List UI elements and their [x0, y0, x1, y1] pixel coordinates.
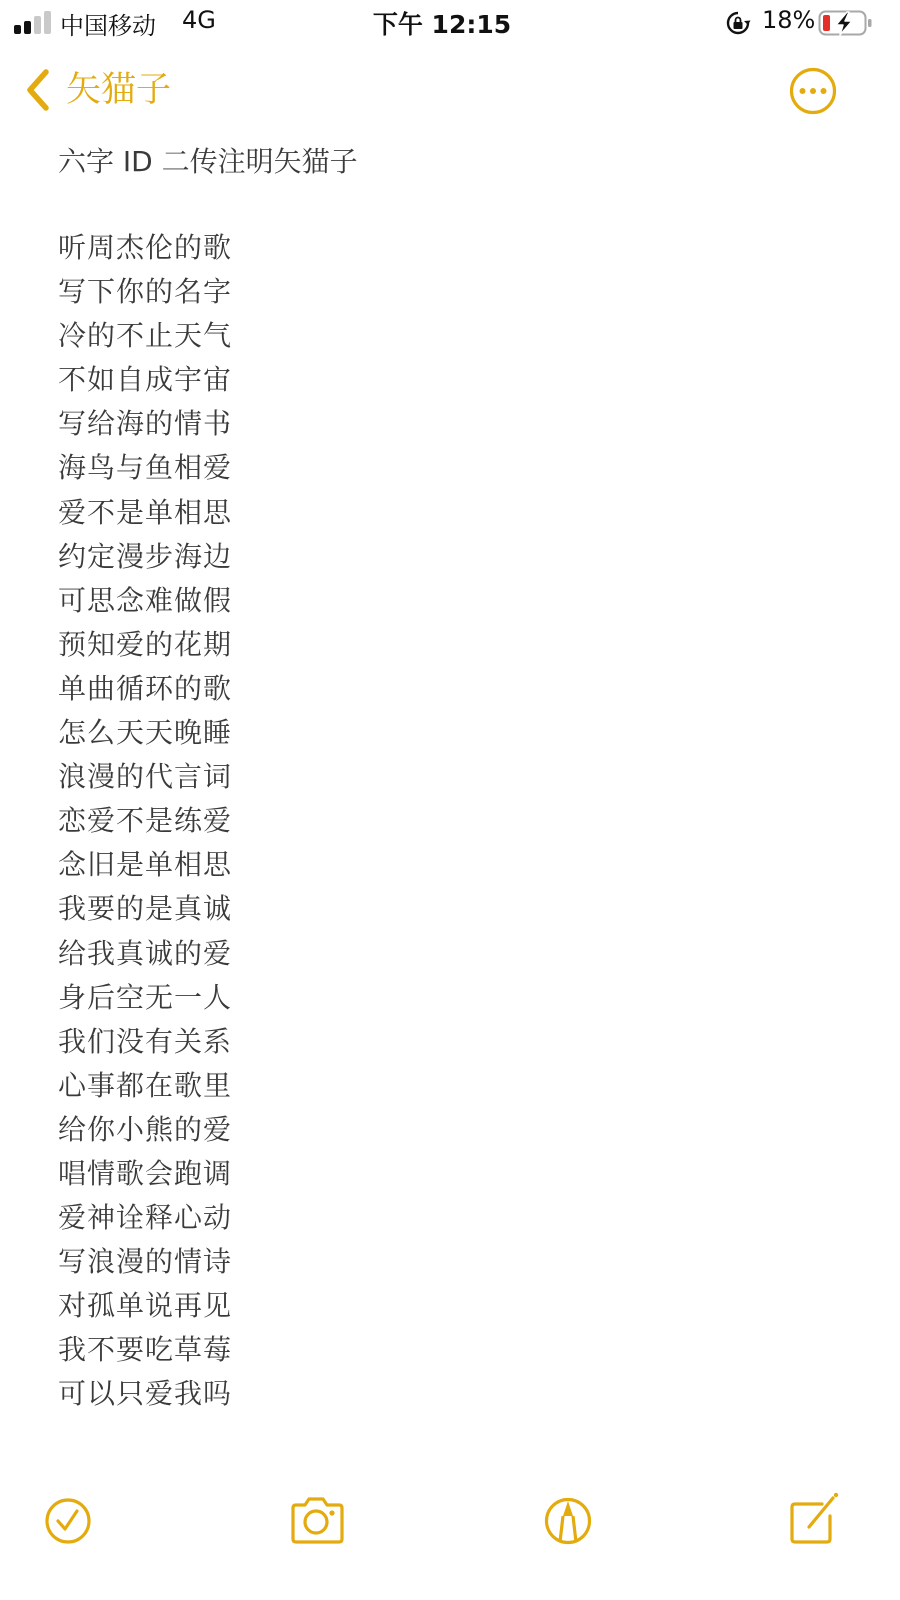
- note-line[interactable]: 我不要吃草莓: [58, 1328, 838, 1372]
- note-line[interactable]: 给我真诚的爱: [58, 932, 838, 976]
- checklist-button[interactable]: [38, 1490, 98, 1550]
- checklist-icon: [38, 1490, 98, 1550]
- note-line[interactable]: 预知爱的花期: [58, 623, 838, 667]
- back-button[interactable]: 矢猫子: [22, 65, 171, 115]
- note-line[interactable]: 爱不是单相思: [58, 491, 838, 535]
- note-line[interactable]: 不如自成宇宙: [58, 358, 838, 402]
- note-lines: 听周杰伦的歌 写下你的名字 冷的不止天气 不如自成宇宙 写给海的情书 海鸟与鱼相…: [58, 226, 838, 1417]
- note-line[interactable]: 单曲循环的歌: [58, 667, 838, 711]
- compose-icon: [786, 1490, 846, 1550]
- back-label: 矢猫子: [66, 67, 171, 113]
- blank-line: [58, 186, 838, 226]
- note-line[interactable]: 约定漫步海边: [58, 535, 838, 579]
- markup-button[interactable]: [538, 1490, 598, 1550]
- status-bar: 中国移动 4G 下午 12:15 18%: [0, 0, 900, 46]
- note-line[interactable]: 怎么天天晚睡: [58, 711, 838, 755]
- chevron-left-icon: [22, 67, 52, 113]
- battery-percent: 18%: [762, 6, 815, 34]
- note-line[interactable]: 可以只爱我吗: [58, 1372, 838, 1416]
- rotation-lock-icon: [725, 10, 751, 36]
- note-line[interactable]: 浪漫的代言词: [58, 755, 838, 799]
- more-options-button[interactable]: [789, 67, 837, 115]
- note-line[interactable]: 冷的不止天气: [58, 314, 838, 358]
- note-line[interactable]: 给你小熊的爱: [58, 1108, 838, 1152]
- ellipsis-circle-icon: [789, 67, 837, 115]
- note-line[interactable]: 海鸟与鱼相爱: [58, 446, 838, 490]
- note-line[interactable]: 心事都在歌里: [58, 1064, 838, 1108]
- note-line[interactable]: 念旧是单相思: [58, 843, 838, 887]
- note-line[interactable]: 对孤单说再见: [58, 1284, 838, 1328]
- note-line[interactable]: 写给海的情书: [58, 402, 838, 446]
- note-line[interactable]: 写下你的名字: [58, 270, 838, 314]
- bottom-toolbar: [0, 1490, 900, 1560]
- note-line[interactable]: 我们没有关系: [58, 1020, 838, 1064]
- compose-button[interactable]: [786, 1490, 846, 1550]
- note-line[interactable]: 爱神诠释心动: [58, 1196, 838, 1240]
- notes-screen: 中国移动 4G 下午 12:15 18% 矢猫: [0, 0, 900, 1600]
- navigation-bar: 矢猫子: [0, 55, 900, 127]
- note-line[interactable]: 可思念难做假: [58, 579, 838, 623]
- note-line[interactable]: 唱情歌会跑调: [58, 1152, 838, 1196]
- battery-charging-icon: [818, 9, 874, 37]
- note-body[interactable]: 六字 ID 二传注明矢猫子 听周杰伦的歌 写下你的名字 冷的不止天气 不如自成宇…: [58, 138, 838, 1417]
- note-line[interactable]: 身后空无一人: [58, 976, 838, 1020]
- markup-pen-icon: [538, 1490, 598, 1550]
- note-title[interactable]: 六字 ID 二传注明矢猫子: [58, 138, 838, 186]
- note-line[interactable]: 写浪漫的情诗: [58, 1240, 838, 1284]
- camera-button[interactable]: [287, 1490, 347, 1550]
- camera-icon: [287, 1490, 347, 1550]
- note-line[interactable]: 我要的是真诚: [58, 887, 838, 931]
- note-line[interactable]: 恋爱不是练爱: [58, 799, 838, 843]
- note-line[interactable]: 听周杰伦的歌: [58, 226, 838, 270]
